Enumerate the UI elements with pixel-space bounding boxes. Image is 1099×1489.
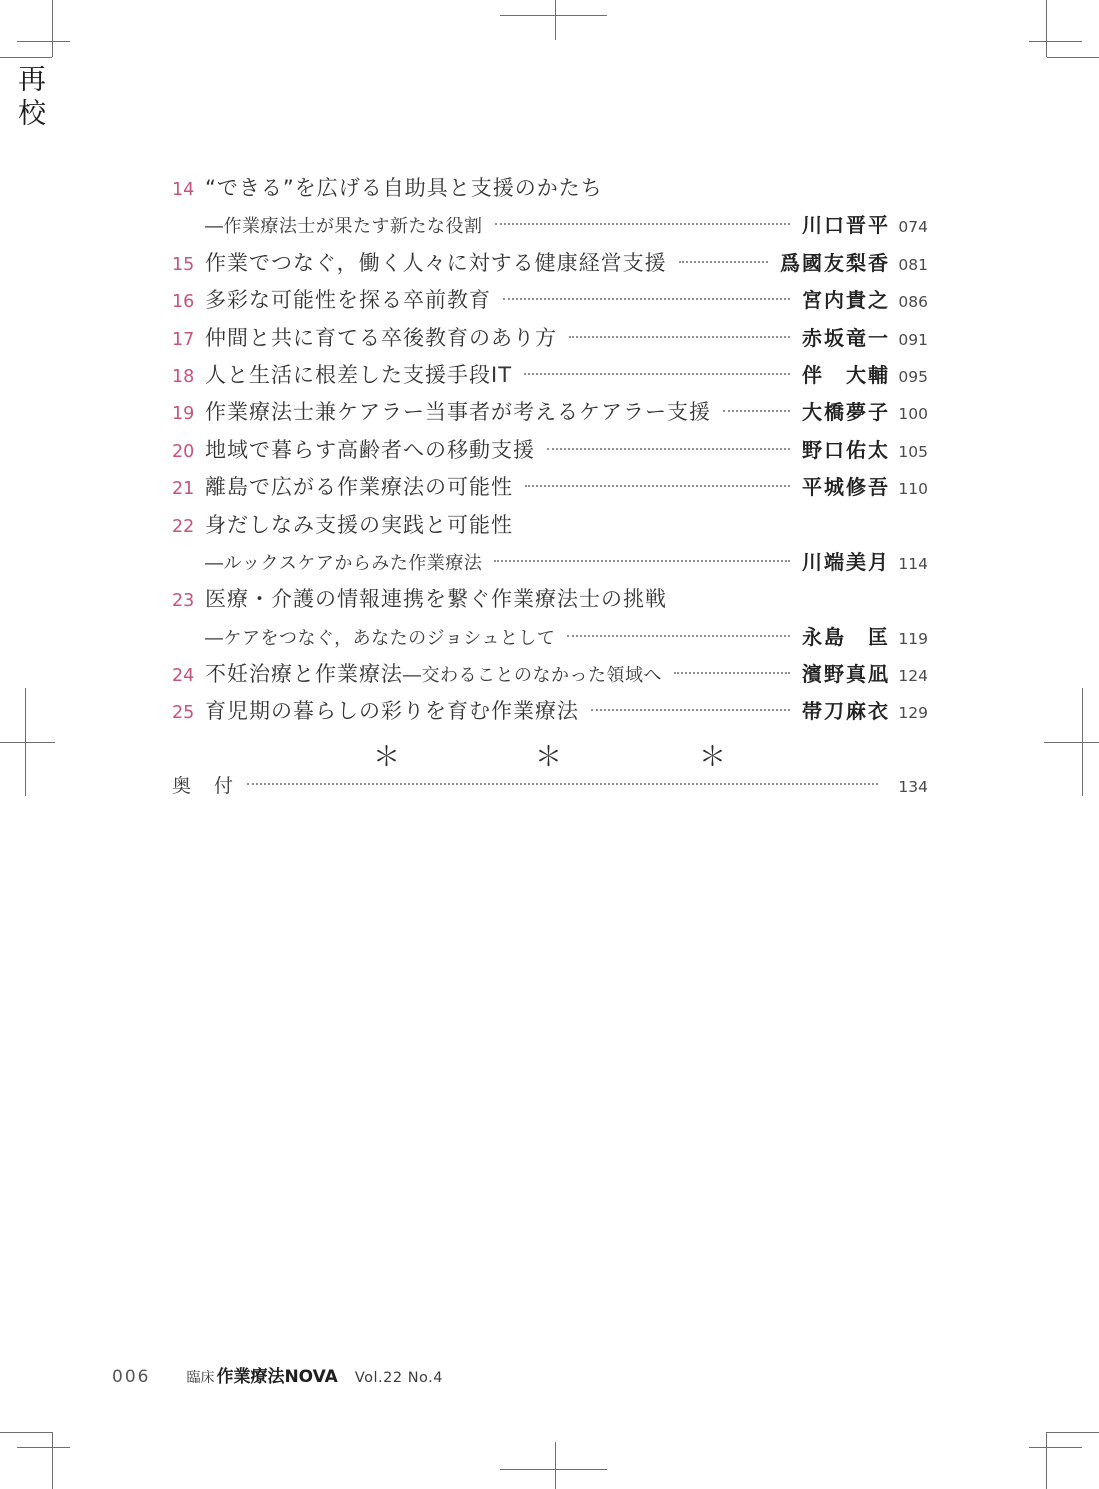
toc: 14“できる”を広げる自助具と支援のかたち―作業療法士が果たす新たな役割川口晋平…: [172, 170, 928, 806]
proof-stage-label: 再校: [10, 64, 50, 132]
toc-entry-line: 15作業でつなぐ，働く人々に対する健康経営支援爲國友梨香081: [172, 245, 928, 282]
entry-author: 川端美月: [802, 544, 890, 581]
entry-author: 爲國友梨香: [780, 245, 890, 282]
entry-title: 不妊治療と作業療法: [205, 656, 403, 693]
entry-page: 086: [890, 284, 928, 321]
dotted-leader: [495, 223, 791, 225]
entry-page: 095: [890, 359, 928, 396]
entry-number: 23: [172, 583, 205, 620]
asterisk-separator: ＊: [699, 735, 726, 774]
dotted-leader: [525, 485, 790, 487]
entry-number: 17: [172, 322, 205, 359]
toc-entry-line: 18人と生活に根差した支援手段IT伴 大輔095: [172, 357, 928, 394]
entry-page: 129: [890, 695, 928, 732]
asterisk-separator: ＊: [535, 735, 562, 774]
toc-entry-line: ―ケアをつなぐ，あなたのジョシュとして永島 匡119: [172, 619, 928, 656]
entry-subtitle: ―ルックスケアからみた作業療法: [205, 545, 482, 582]
toc-entry-line: 25育児期の暮らしの彩りを育む作業療法帯刀麻衣129: [172, 693, 928, 730]
toc-entry-line: 17仲間と共に育てる卒後教育のあり方赤坂竜一091: [172, 320, 928, 357]
dotted-leader: [569, 336, 790, 338]
toc-entry-line: 20地域で暮らす高齢者への移動支援野口佑太105: [172, 432, 928, 469]
entry-author: 帯刀麻衣: [802, 693, 890, 730]
toc-entry-line: 24不妊治療と作業療法―交わることのなかった領域へ濱野真凪124: [172, 656, 928, 693]
entry-subtitle: ―作業療法士が果たす新たな役割: [205, 208, 483, 245]
footer: 006 臨床 作業療法NOVA Vol.22 No.4: [112, 1362, 443, 1387]
entry-title: 仲間と共に育てる卒後教育のあり方: [205, 320, 557, 357]
colophon-label: 奥 付: [172, 768, 235, 805]
entry-author: 宮内貴之: [802, 282, 890, 319]
dotted-leader: [524, 373, 790, 375]
entry-number: 24: [172, 658, 205, 695]
entry-page: 124: [890, 658, 928, 695]
entry-number: 25: [172, 695, 205, 732]
toc-entry-line: 16多彩な可能性を探る卒前教育宮内貴之086: [172, 282, 928, 319]
footer-journal-name: 作業療法NOVA: [216, 1362, 337, 1387]
footer-journal-prefix: 臨床: [186, 1367, 214, 1387]
entry-title: 作業でつなぐ，働く人々に対する健康経営支援: [205, 245, 667, 282]
entry-number: 18: [172, 359, 205, 396]
entry-title: 多彩な可能性を探る卒前教育: [205, 282, 491, 319]
dotted-leader: [567, 635, 790, 637]
entry-page: 110: [890, 471, 928, 508]
dotted-leader: [503, 298, 790, 300]
entry-number: 20: [172, 434, 205, 471]
footer-volume-issue: Vol.22 No.4: [355, 1370, 443, 1386]
entry-author: 伴 大輔: [802, 357, 890, 394]
entry-page: 091: [890, 322, 928, 359]
entry-page: 100: [890, 396, 928, 433]
entry-page: 074: [890, 209, 928, 246]
colophon-page: 134: [890, 769, 928, 806]
dotted-leader: [494, 560, 790, 562]
entry-page: 114: [890, 546, 928, 583]
entry-number: 21: [172, 471, 205, 508]
footer-page-number: 006: [112, 1367, 150, 1387]
entry-title: 離島で広がる作業療法の可能性: [205, 469, 513, 506]
entry-number: 19: [172, 396, 205, 433]
entry-author: 永島 匡: [802, 619, 890, 656]
entry-author: 平城修吾: [802, 469, 890, 506]
entry-title: “できる”を広げる自助具と支援のかたち: [205, 170, 603, 207]
toc-entry-line: 21離島で広がる作業療法の可能性平城修吾110: [172, 469, 928, 506]
entry-number: 15: [172, 247, 205, 284]
entry-title: 地域で暮らす高齢者への移動支援: [205, 432, 535, 469]
toc-entry-line: ―ルックスケアからみた作業療法川端美月114: [172, 544, 928, 581]
toc-entry-line: 19作業療法士兼ケアラー当事者が考えるケアラー支援大橋夢子100: [172, 394, 928, 431]
entry-author: 濱野真凪: [802, 656, 890, 693]
entry-number: 22: [172, 509, 205, 546]
entry-title: 作業療法士兼ケアラー当事者が考えるケアラー支援: [205, 394, 711, 431]
entry-page: 105: [890, 434, 928, 471]
entry-page: 119: [890, 621, 928, 658]
dotted-leader: [247, 783, 878, 785]
toc-entry-line: ―作業療法士が果たす新たな役割川口晋平074: [172, 207, 928, 244]
entry-page: 081: [890, 247, 928, 284]
asterisk-separator: ＊: [373, 735, 400, 774]
separator-row: ＊ ＊ ＊: [172, 731, 928, 768]
entry-title: 人と生活に根差した支援手段IT: [205, 357, 512, 394]
entry-subtitle: ―ケアをつなぐ，あなたのジョシュとして: [205, 620, 555, 657]
dotted-leader: [547, 448, 790, 450]
entry-author: 大橋夢子: [802, 394, 890, 431]
entry-inline-subtitle: ―交わることのなかった領域へ: [403, 657, 662, 694]
entry-title: 身だしなみ支援の実践と可能性: [205, 507, 513, 544]
dotted-leader: [723, 410, 790, 412]
dotted-leader: [679, 261, 768, 263]
entry-author: 赤坂竜一: [802, 320, 890, 357]
entry-author: 川口晋平: [802, 207, 890, 244]
toc-entries: 14“できる”を広げる自助具と支援のかたち―作業療法士が果たす新たな役割川口晋平…: [172, 170, 928, 731]
entry-number: 16: [172, 284, 205, 321]
entry-number: 14: [172, 172, 205, 209]
toc-entry-line: 22身だしなみ支援の実践と可能性: [172, 507, 928, 544]
entry-author: 野口佑太: [802, 432, 890, 469]
toc-entry-line: 14“できる”を広げる自助具と支援のかたち: [172, 170, 928, 207]
toc-entry-line: 23医療・介護の情報連携を繋ぐ作業療法士の挑戦: [172, 581, 928, 618]
dotted-leader: [591, 709, 790, 711]
entry-title: 医療・介護の情報連携を繋ぐ作業療法士の挑戦: [205, 581, 667, 618]
entry-title: 育児期の暮らしの彩りを育む作業療法: [205, 693, 579, 730]
dotted-leader: [674, 672, 790, 674]
